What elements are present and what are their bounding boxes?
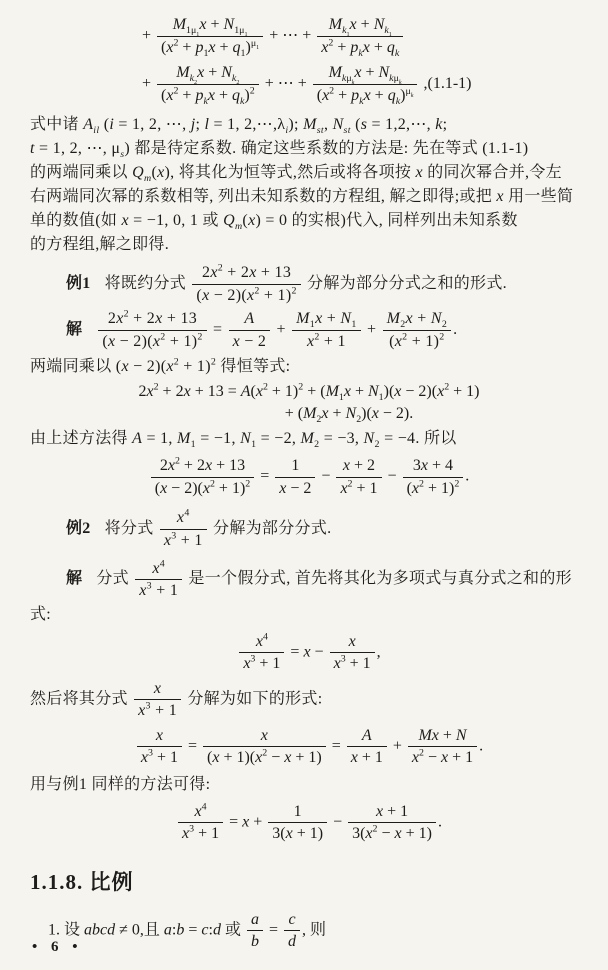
example1-identity-line1: 2x2 + 2x + 13 = A(x2 + 1)2 + (M1x + N1)(… bbox=[30, 383, 588, 401]
paragraph-line: 式中诸 Ail (i = 1, 2, ⋯, j; l = 1, 2,⋯,λi);… bbox=[30, 113, 588, 137]
example2-solution-text: 分式 x4x3 + 1 是一个假分式, 首先将其化为多项式与真分式之和的形 bbox=[96, 570, 572, 587]
example2-improper-split-equation: x4x3 + 1 = x − xx3 + 1, bbox=[30, 632, 588, 674]
example2-result-equation: x4x3 + 1 = x + 13(x + 1) − x + 13(x2 − x… bbox=[30, 802, 588, 844]
example2-decomposition-equation: xx3 + 1 = x(x + 1)(x2 − x + 1) = Ax + 1 … bbox=[30, 726, 588, 768]
example2-intro: 将分式 x4x3 + 1 分解为部分分式. bbox=[105, 520, 332, 537]
partial-fraction-expansion-line2: + Mk2x + Nk2(x2 + pkx + qk)2 + ⋯ + Mkμkx… bbox=[30, 63, 588, 106]
example2-solution-line2: 式: bbox=[30, 603, 588, 627]
paragraph-line: t = 1, 2, ⋯, μs) 都是待定系数. 确定这些系数的方法是: 先在等… bbox=[30, 137, 588, 161]
example2-label: 例2 bbox=[66, 520, 91, 537]
example2-then-line: 然后将其分式 xx3 + 1 分解为如下的形式: bbox=[30, 679, 588, 721]
example1-multiply-line: 两端同乘以 (x − 2)(x2 + 1)2 得恒等式: bbox=[30, 355, 588, 379]
partial-fraction-expansion-line1: + M1μ1x + N1μ1(x2 + p1x + q1)μ1 + ⋯ + Mk… bbox=[30, 15, 588, 58]
example1-solve-label: 解 bbox=[66, 321, 82, 338]
example2-statement: 例2将分式 x4x3 + 1 分解为部分分式. bbox=[30, 508, 588, 550]
example1-coefficients-line: 由上述方法得 A = 1, M1 = −1, N1 = −2, M2 = −3,… bbox=[30, 427, 588, 451]
example1-result-equation: 2x2 + 2x + 13(x − 2)(x2 + 1)2 = 1x − 2 −… bbox=[30, 456, 588, 498]
paragraph-line: 单的数值(如 x = −1, 0, 1 或 Qm(x) = 0 的实根)代入, … bbox=[30, 209, 588, 233]
paragraph-line: 的方程组,解之即得. bbox=[30, 233, 588, 257]
example1-intro: 将既约分式 2x2 + 2x + 13(x − 2)(x2 + 1)2 分解为部… bbox=[105, 275, 507, 292]
section-heading-proportion: 1.1.8. 比例 bbox=[30, 866, 588, 896]
paragraph-line: 的两端同乘以 Qm(x), 将其化为恒等式,然后或将各项按 x 的同次幂合并,令… bbox=[30, 161, 588, 185]
proportion-item-1: 1. 设 abcd ≠ 0,且 a:b = c:d 或 ab = cd, 则 bbox=[30, 910, 588, 952]
example1-statement: 例1将既约分式 2x2 + 2x + 13(x − 2)(x2 + 1)2 分解… bbox=[30, 263, 588, 305]
example2-method-line: 用与例1 同样的方法可得: bbox=[30, 773, 588, 797]
paragraph-line: 右两端同次幂的系数相等, 列出未知系数的方程组, 解之即得;或把 x 用一些简 bbox=[30, 185, 588, 209]
example1-decomposition: 2x2 + 2x + 13(x − 2)(x2 + 1)2 = Ax − 2 +… bbox=[96, 321, 457, 338]
scanned-book-page: + M1μ1x + N1μ1(x2 + p1x + q1)μ1 + ⋯ + Mk… bbox=[0, 0, 608, 970]
example2-solution-line1: 解分式 x4x3 + 1 是一个假分式, 首先将其化为多项式与真分式之和的形 bbox=[30, 559, 588, 601]
example1-solution: 解2x2 + 2x + 13(x − 2)(x2 + 1)2 = Ax − 2 … bbox=[30, 309, 588, 351]
page-number: • 6 • bbox=[32, 939, 83, 956]
example1-identity-line2: + (M2x + N2)(x − 2). bbox=[30, 405, 588, 423]
coefficient-method-paragraph: 式中诸 Ail (i = 1, 2, ⋯, j; l = 1, 2,⋯,λi);… bbox=[30, 113, 588, 257]
example2-solve-label: 解 bbox=[66, 570, 82, 587]
example1-label: 例1 bbox=[66, 275, 91, 292]
